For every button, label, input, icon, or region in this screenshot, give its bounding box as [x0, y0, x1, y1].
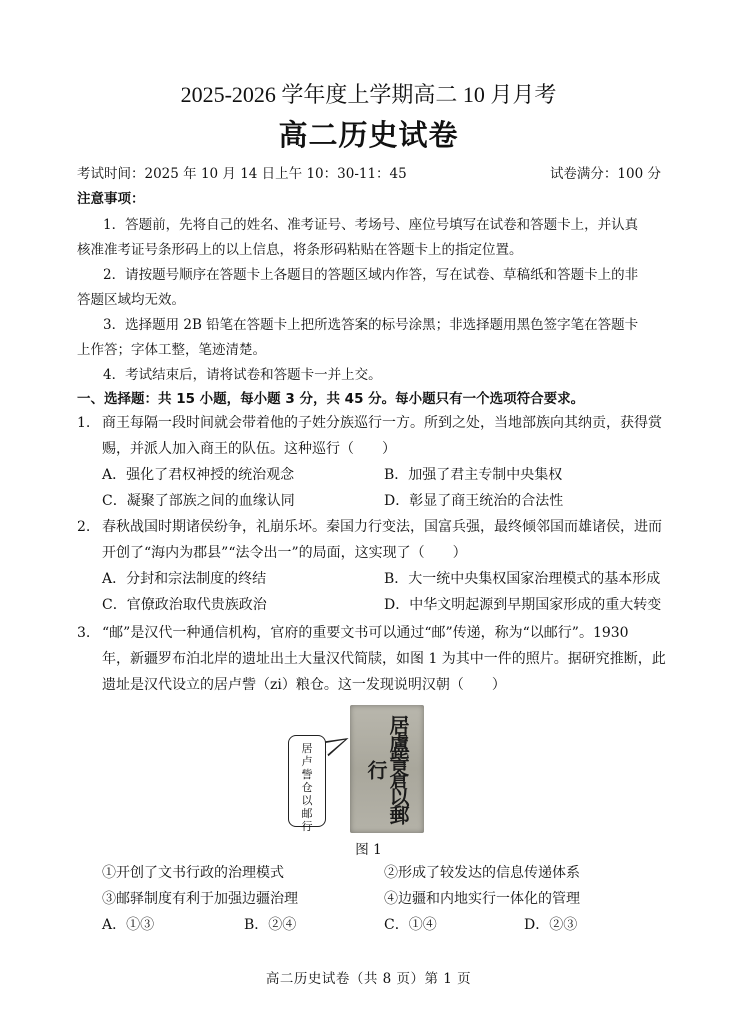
- question-3-option-a[interactable]: A．①③: [102, 916, 154, 934]
- question-1-option-d[interactable]: D．彰显了商王统治的合法性: [384, 492, 563, 510]
- question-1-option-b[interactable]: B．加强了君主专制中央集权: [384, 466, 562, 484]
- note-2-line2: 答题区域均无效。: [77, 291, 185, 309]
- question-2-stem-line2: 开创了“海内为郡县”“法令出一”的局面，这实现了（ ）: [102, 544, 467, 562]
- note-1-line1: 1．答题前，先将自己的姓名、准考证号、考场号、座位号填写在试卷和答题卡上，并认真: [103, 216, 638, 234]
- section-heading: 一、选择题：共 15 小题，每小题 3 分，共 45 分。每小题只有一个选项符合…: [77, 390, 584, 408]
- question-3-statement-2: ②形成了较发达的信息传递体系: [384, 864, 580, 882]
- question-2-option-a[interactable]: A．分封和宗法制度的终结: [102, 570, 266, 588]
- question-1-stem-line2: 赐，并派人加入商王的队伍。这种巡行（ ）: [102, 440, 396, 458]
- question-2-option-d[interactable]: D．中华文明起源到早期国家形成的重大转变: [384, 596, 661, 614]
- question-3-stem-line1: “邮”是汉代一种通信机构，官府的重要文书可以通过“邮”传递，称为“以邮行”。19…: [102, 624, 629, 642]
- question-3-option-b[interactable]: B．②④: [244, 916, 296, 934]
- speech-bubble: 居卢訾仓以邮行: [288, 735, 326, 827]
- note-3-line1: 3．选择题用 2B 铅笔在答题卡上把所选答案的标号涂黑；非选择题用黑色签字笔在答…: [103, 316, 638, 334]
- question-3-statement-4: ④边疆和内地实行一体化的管理: [384, 890, 580, 908]
- question-2-stem-line1: 春秋战国时期诸侯纷争，礼崩乐坏。秦国力行变法，国富兵强，最终倾邻国而雄诸侯，进而: [102, 518, 662, 536]
- page-footer: 高二历史试卷（共 8 页）第 1 页: [0, 967, 737, 987]
- notes-heading: 注意事项：: [77, 190, 145, 208]
- slip-inscription-text: 居盧訾倉以郵行: [365, 711, 409, 827]
- bamboo-slip-image: 居盧訾倉以郵行: [350, 705, 424, 833]
- question-3-option-d[interactable]: D．②③: [524, 916, 577, 934]
- question-3-stem-line2: 年，新疆罗布泊北岸的遗址出土大量汉代简牍，如图 1 为其中一件的照片。据研究推断…: [102, 650, 666, 668]
- question-2-number: 2.: [77, 518, 90, 536]
- question-3-statement-1: ①开创了文书行政的治理模式: [102, 864, 284, 882]
- question-1-number: 1.: [77, 414, 90, 432]
- question-1-stem-line1: 商王每隔一段时间就会带着他的子姓分族巡行一方。所到之处，当地部族向其纳贡，获得赏: [102, 414, 662, 432]
- exam-title: 2025-2026 学年度上学期高二 10 月月考: [0, 78, 737, 109]
- question-3-stem-line3: 遗址是汉代设立的居卢訾（zi）粮仓。这一发现说明汉朝（ ）: [102, 676, 506, 694]
- note-4-line1: 4．考试结束后，请将试卷和答题卡一并上交。: [103, 366, 382, 384]
- figure-1-caption: 图 1: [0, 838, 737, 858]
- slip-inscription: 居盧訾倉以郵行: [354, 711, 420, 827]
- exam-time: 考试时间：2025 年 10 月 14 日上午 10：30-11：45: [77, 165, 407, 183]
- question-2-option-b[interactable]: B．大一统中央集权国家治理模式的基本形成: [384, 570, 660, 588]
- question-1-option-a[interactable]: A．强化了君权神授的统治观念: [102, 466, 294, 484]
- speech-bubble-text: 居卢訾仓以邮行: [301, 742, 313, 833]
- figure-1-bamboo-slip: 居盧訾倉以郵行 居卢訾仓以邮行: [284, 705, 454, 835]
- note-1-line2: 核准准考证号条形码上的以上信息，将条形码粘贴在答题卡上的指定位置。: [77, 241, 523, 259]
- note-3-line2: 上作答；字体工整，笔迹清楚。: [77, 341, 266, 359]
- full-score: 试卷满分：100 分: [550, 165, 661, 183]
- question-3-number: 3.: [77, 624, 90, 642]
- paper-title: 高二历史试卷: [0, 113, 737, 154]
- note-2-line1: 2．请按题号顺序在答题卡上各题目的答题区域内作答，写在试卷、草稿纸和答题卡上的非: [103, 266, 638, 284]
- question-3-option-c[interactable]: C．①④: [384, 916, 437, 934]
- question-3-statement-3: ③邮驿制度有利于加强边疆治理: [102, 890, 298, 908]
- question-2-option-c[interactable]: C．官僚政治取代贵族政治: [102, 596, 267, 614]
- question-1-option-c[interactable]: C．凝聚了部族之间的血缘认同: [102, 492, 295, 510]
